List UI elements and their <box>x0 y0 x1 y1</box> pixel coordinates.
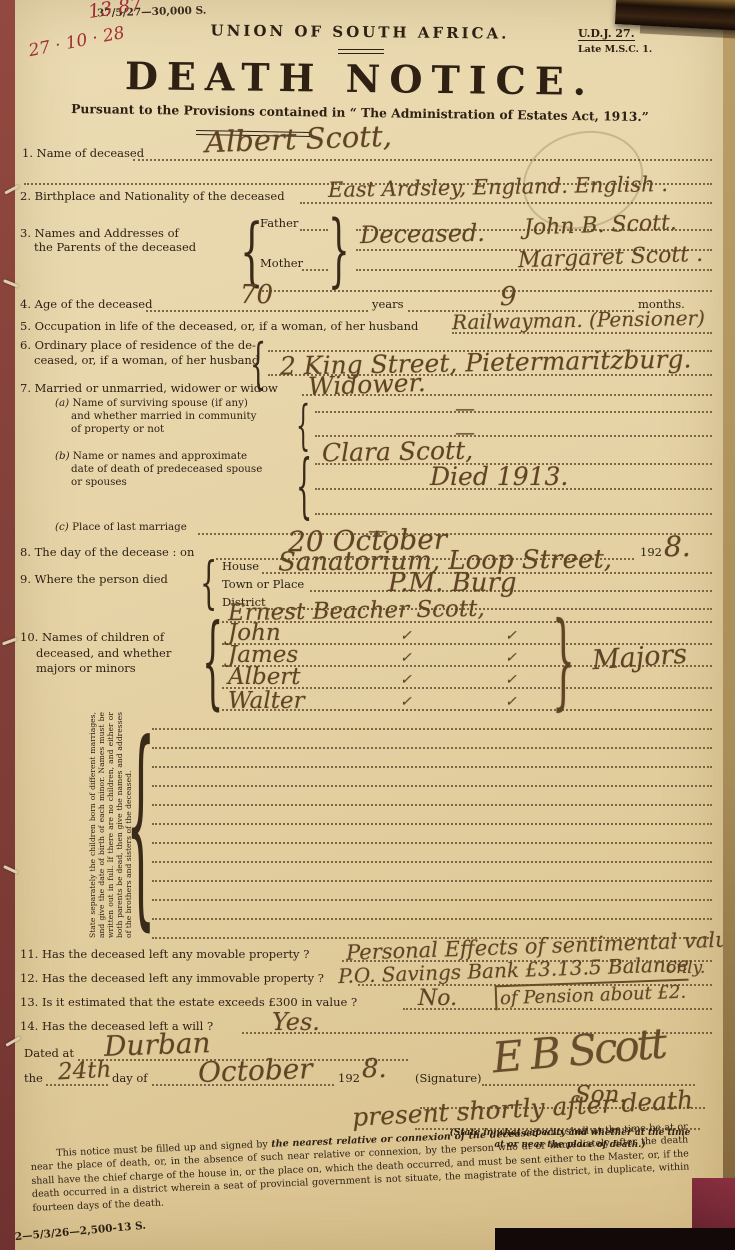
field7a-value1: — <box>455 396 475 420</box>
check-mark: ✓ <box>505 694 517 710</box>
field14-value: Yes. <box>272 1008 320 1036</box>
scanned-death-notice: 37/5/27—30,000 S. 13 87 27 · 10 · 28 UNI… <box>0 0 735 1250</box>
field9-town-label: Town or Place <box>222 577 304 591</box>
form-title: DEATH NOTICE. <box>60 52 661 104</box>
blank-line <box>152 841 712 844</box>
check-mark: ✓ <box>400 650 412 666</box>
field13-label: 13. Is it estimated that the estate exce… <box>20 995 357 1009</box>
udj-line1: U.D.J. 27. <box>578 27 635 41</box>
child-name: Albert <box>228 664 301 690</box>
field3-mid-brace: } <box>328 210 350 290</box>
field13-value: No. <box>418 986 457 1011</box>
field3-mother-dots <box>302 268 328 271</box>
siblings-brace: { <box>126 716 156 933</box>
field9-label: 9. Where the person died <box>20 572 168 586</box>
field11-label: 11. Has the deceased left any movable pr… <box>20 947 309 961</box>
field1-value: Albert Scott, <box>204 119 392 159</box>
field7b-brace: { <box>296 450 312 520</box>
check-mark: ✓ <box>400 628 412 644</box>
field5-label: 5. Occupation in life of the deceased, o… <box>20 319 418 333</box>
field3-father-label: Father <box>260 216 298 230</box>
dated-at-value: Durban <box>103 1026 211 1063</box>
field7c-line <box>198 532 712 535</box>
check-mark: ✓ <box>505 672 517 688</box>
blank-line <box>152 898 712 901</box>
field3-value: Deceased. <box>360 219 485 249</box>
field7-label: 7. Married or unmarried, widower or wido… <box>20 381 278 395</box>
udj-line2: Late M.S.C. 1. <box>578 44 652 55</box>
check-mark: ✓ <box>400 672 412 688</box>
blank-line <box>152 917 712 920</box>
day-of-label: day of <box>112 1071 148 1085</box>
field2-label: 2. Birthplace and Nationality of the dec… <box>20 189 285 203</box>
field10-open-brace: { <box>202 612 223 713</box>
field3-mother-label: Mother <box>260 256 303 270</box>
field3-father-dots <box>300 228 328 231</box>
signature-label: (Signature) <box>415 1071 481 1085</box>
year-hw: 8. <box>362 1054 387 1084</box>
field8-year-print: 192 <box>640 545 662 559</box>
blank-line <box>152 803 712 806</box>
field7b-label: (b) Name or names and approximate date o… <box>55 450 262 489</box>
field4-label: 4. Age of the deceased <box>20 297 152 311</box>
page-edge <box>723 0 735 1250</box>
blank-line <box>152 765 712 768</box>
field3-label: 3. Names and Addresses of the Parents of… <box>20 226 196 254</box>
month-value: October <box>197 1052 313 1089</box>
field7b-value2: Died 1913. <box>430 462 568 491</box>
field12-label: 12. Has the deceased left any immovable … <box>20 971 324 985</box>
blank-line <box>152 879 712 882</box>
header-rule <box>338 49 384 54</box>
field6-label: 6. Ordinary place of residence of the de… <box>20 338 259 368</box>
field1-label: 1. Name of deceased <box>22 146 144 160</box>
field8-label: 8. The day of the decease : on <box>20 545 194 559</box>
blank-line <box>152 746 712 749</box>
field9-house-label: House <box>222 559 259 573</box>
field7-value: Widower. <box>308 368 427 401</box>
field10-majors-note: Majors <box>591 639 688 677</box>
the-label: the <box>24 1071 43 1085</box>
blank-line <box>152 822 712 825</box>
field3-father-value: John B. Scott. <box>524 210 678 240</box>
field7c-label: (c) Place of last marriage <box>55 521 187 534</box>
field4-years-value: 70 <box>240 280 273 310</box>
field10-label: 10. Names of children of deceased, and w… <box>20 630 171 677</box>
field10-close-brace: } <box>552 610 575 714</box>
blank-line <box>152 860 712 863</box>
field7b-line3 <box>315 512 712 515</box>
field9-town-value: P.M. Burg <box>388 568 517 598</box>
field7a-line1 <box>315 410 712 413</box>
field5-value: Railwayman. (Pensioner) <box>452 306 705 334</box>
check-mark: ✓ <box>505 628 517 644</box>
check-mark: ✓ <box>505 650 517 666</box>
field1-number: 1. <box>22 146 33 160</box>
day-value: 24th <box>57 1057 112 1086</box>
field4-months-value: 9 <box>500 282 517 312</box>
year-print: 192 <box>338 1071 360 1085</box>
field2-line <box>300 201 712 204</box>
child-name: Walter <box>228 688 305 714</box>
field8-year-hw: 8. <box>664 530 691 563</box>
field7a-label: (a) Name of surviving spouse (if any) an… <box>55 397 256 436</box>
blank-line <box>152 784 712 787</box>
check-mark: ✓ <box>400 694 412 710</box>
field4-years-label: years <box>372 297 404 311</box>
blank-line <box>152 727 712 730</box>
table-surface <box>495 1228 735 1250</box>
